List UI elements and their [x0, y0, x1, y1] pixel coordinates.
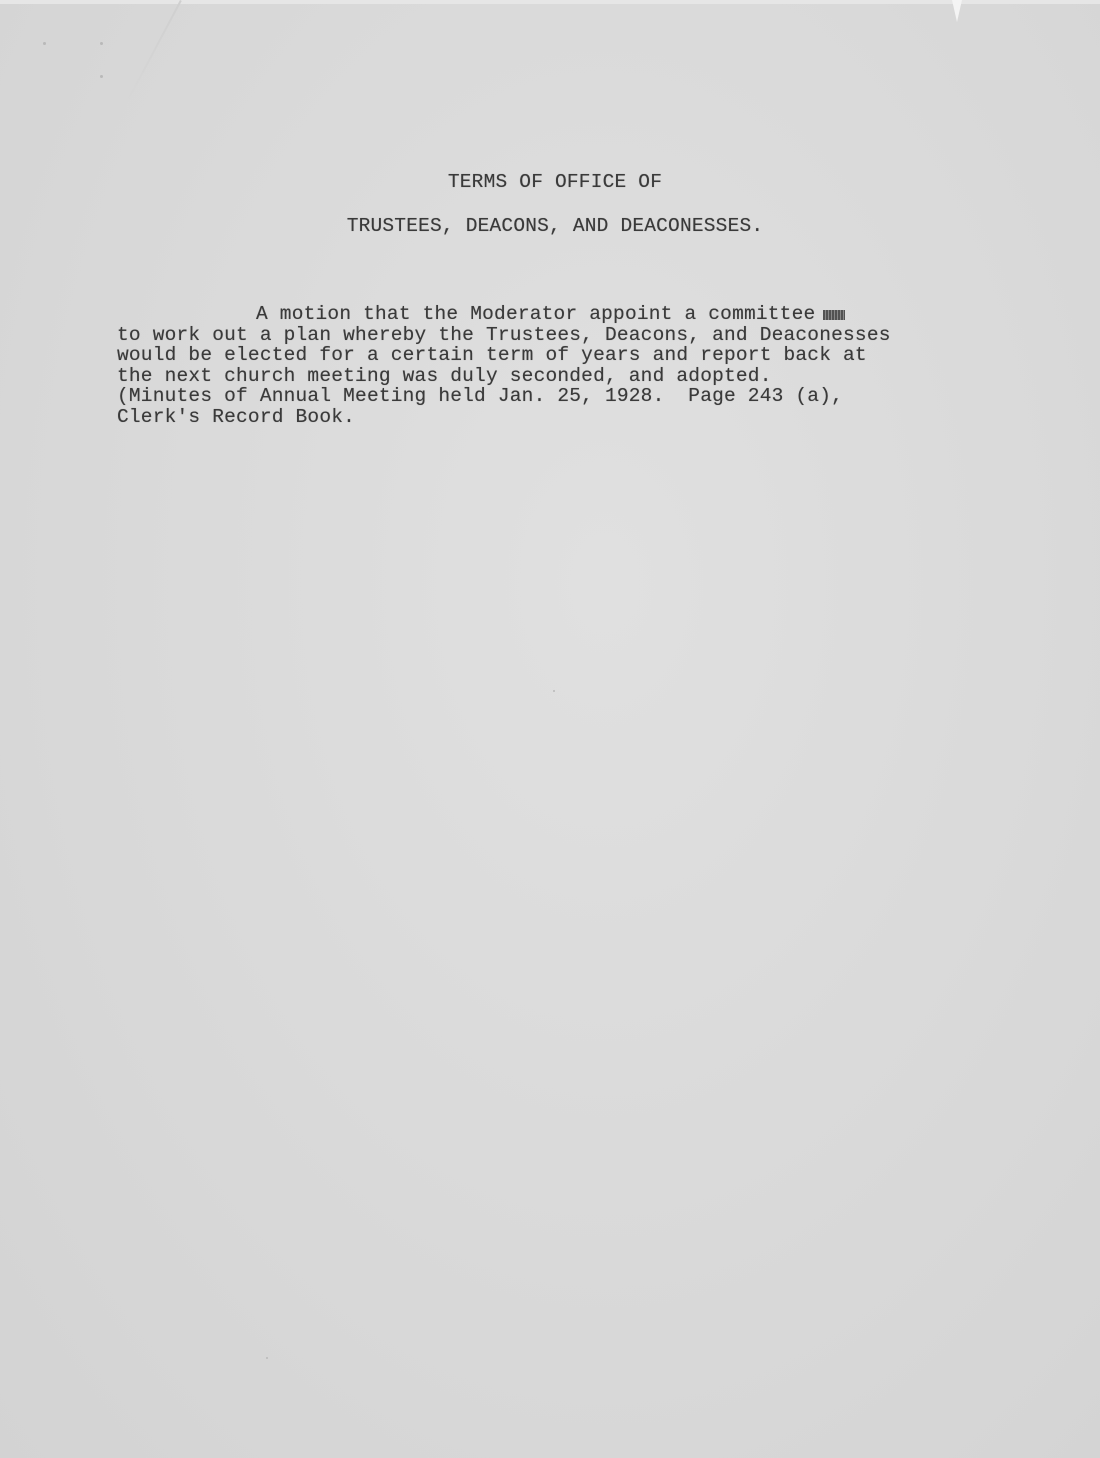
scanned-page: TERMS OF OFFICE OF TRUSTEES, DEACONS, AN… — [0, 0, 1100, 1458]
paper-speck — [100, 75, 103, 78]
paragraph-line-text: A motion that the Moderator appoint a co… — [256, 303, 815, 325]
paper-speck — [266, 1357, 268, 1359]
document-title-line-2: TRUSTEES, DEACONS, AND DEACONESSES. — [0, 215, 1100, 237]
motion-paragraph: A motion that the Moderator appoint a co… — [117, 304, 891, 427]
paragraph-line: Clerk's Record Book. — [117, 407, 891, 428]
paper-speck — [100, 42, 103, 45]
paragraph-line: would be elected for a certain term of y… — [117, 345, 891, 366]
paragraph-line: (Minutes of Annual Meeting held Jan. 25,… — [117, 386, 891, 407]
paper-speck — [553, 690, 555, 692]
paragraph-line: A motion that the Moderator appoint a co… — [117, 304, 891, 325]
paragraph-line: to work out a plan whereby the Trustees,… — [117, 325, 891, 346]
paper-crease — [124, 0, 182, 107]
document-title-line-1: TERMS OF OFFICE OF — [0, 171, 1100, 193]
paper-tear-mark — [952, 0, 962, 22]
paragraph-line: the next church meeting was duly seconde… — [117, 366, 891, 387]
struck-out-mark — [823, 310, 845, 320]
paper-speck — [43, 42, 46, 45]
